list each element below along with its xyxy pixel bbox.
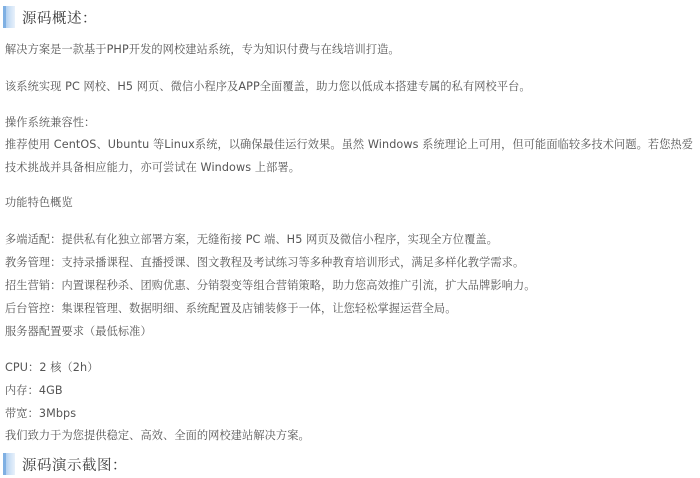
server-req-item: 带宽：3Mbps: [5, 406, 76, 422]
section-heading-overview: 源码概述：: [0, 5, 97, 29]
os-compat-title: 操作系统兼容性：: [5, 115, 95, 131]
server-req-item: 内存：4GB: [5, 383, 63, 399]
feature-item: 后台管控：集课程管理、数据明细、系统配置及店铺装修于一体，让您轻松掌握运营全局。: [5, 301, 457, 317]
paragraph-intro: 解决方案是一款基于PHP开发的网校建站系统，专为知识付费与在线培训打造。: [5, 42, 400, 58]
features-title: 功能特色概览: [5, 195, 73, 211]
paragraph-closing: 我们致力于为您提供稳定、高效、全面的网校建站解决方案。: [5, 428, 310, 444]
paragraph-coverage: 该系统实现 PC 网校、H5 网页、微信小程序及APP全面覆盖，助力您以低成本搭…: [5, 79, 531, 95]
heading-marker-icon: [3, 453, 15, 475]
feature-item: 多端适配：提供私有化独立部署方案，无缝衔接 PC 端、H5 网页及微信小程序，实…: [5, 232, 498, 248]
feature-item: 教务管理：支持录播课程、直播授课、图文教程及考试练习等多种教育培训形式，满足多样…: [5, 255, 524, 271]
heading-marker-icon: [3, 6, 15, 28]
heading-text: 源码演示截图：: [22, 454, 127, 475]
os-compat-body: 推荐使用 CentOS、Ubuntu 等Linux系统，以确保最佳运行效果。虽然…: [5, 133, 695, 179]
section-heading-screenshots: 源码演示截图：: [0, 452, 127, 476]
server-req-item: CPU：2 核（2h）: [5, 360, 98, 376]
server-req-title: 服务器配置要求（最低标准）: [5, 324, 152, 340]
heading-text: 源码概述：: [22, 7, 97, 28]
feature-item: 招生营销：内置课程秒杀、团购优惠、分销裂变等组合营销策略，助力您高效推广引流，扩…: [5, 278, 536, 294]
